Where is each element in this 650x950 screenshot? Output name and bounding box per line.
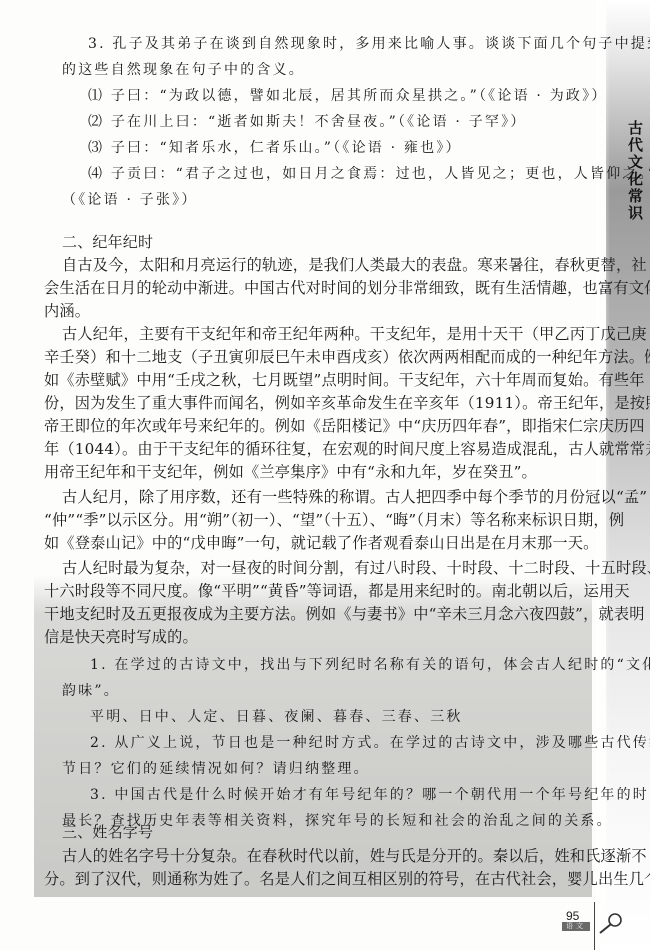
para3-line2: “仲”“季”以示区分。用“朔”（初一）、“望”（十五）、“晦”（月末）等名称来标… (44, 510, 624, 530)
section3-line2: 分。到了汉代，则通称为姓了。名是人们之间互相区别的符号，在古代社会，婴儿出生几个 (44, 869, 650, 889)
para3-line3: 如《登泰山记》中的“戊申晦”一句，就记载了作者观看泰山日出是在月末那一天。 (44, 533, 599, 553)
para4-line2: 十六时段等不同尺度。像“平明”“黄昏”等词语，都是用来纪时的。南北朝以后，运用天 (44, 581, 630, 601)
section3-line1: 古人的姓名字号十分复杂。在春秋时代以前，姓与氏是分开的。秦以后，姓和氏逐渐不 (62, 846, 647, 866)
exercise-item-2: ⑵ 子在川上曰：“逝者如斯夫！不舍昼夜。”（《论语 · 子罕》） (88, 112, 527, 132)
para2-line4: 份，因为发生了重大事件而闻名，例如辛亥革命发生在辛亥年（1911）。帝王纪年，是… (44, 393, 650, 413)
para4-line4: 信是快天亮时写成的。 (44, 627, 198, 647)
magnifier-icon (598, 912, 624, 936)
para1-line2: 会生活在日月的轮动中渐进。中国古代对时间的划分非常细致，既有生活情趣，也富有文化 (44, 278, 650, 298)
para1-line3: 内涵。 (44, 301, 90, 321)
exercise-item-1: ⑴ 子曰：“为政以德，譬如北辰，居其所而众星拱之。”（《论语 · 为政》） (88, 86, 608, 106)
exercise-item-4-source: （《论语 · 子张》） (62, 190, 198, 210)
exercise2-q2-line1: 2. 从广义上说，节日也是一种纪时方式。在学过的古诗文中，涉及哪些古代传统 (90, 733, 650, 753)
para2-line5: 帝王即位的年次或年号来纪年的。例如《岳阳楼记》中“庆历四年春”，即指宋仁宗庆历四 (44, 416, 645, 436)
subject-tag: 语文 (562, 922, 590, 931)
exercise2-q1-terms: 平明、日中、人定、日暮、夜阑、暮春、三春、三秋 (90, 707, 463, 727)
exercise2-q1-line2: 韵味”。 (62, 681, 120, 701)
para2-line1: 古人纪年，主要有干支纪年和帝王纪年两种。干支纪年，是用十天干（甲乙丙丁戊己庚 (62, 324, 647, 344)
footer-divider (594, 902, 595, 950)
para2-line6: 年（1044）。由于干支纪年的循环往复，在宏观的时间尺度上容易造成混乱，古人就常… (44, 439, 650, 459)
para2-line2: 辛壬癸）和十二地支（子丑寅卯辰巳午未申酉戌亥）依次两两相配而成的一种纪年方法。例 (44, 347, 650, 367)
para2-line3: 如《赤壁赋》中用“壬戌之秋，七月既望”点明时间。干支纪年，六十年周而复始。有些年 (44, 370, 645, 390)
exercise2-q1-line1: 1. 在学过的古诗文中，找出与下列纪时名称有关的语句，体会古人纪时的“文化 (90, 655, 650, 675)
exercise2-q2-line2: 节日？它们的延续情况如何？请归纳整理。 (62, 759, 370, 779)
decorative-side-strip: 古代文化常识 (606, 0, 650, 950)
para3-line1: 古人纪月，除了用序数，还有一些特殊的称谓。古人把四季中每个季节的月份冠以“孟” (62, 487, 647, 507)
exercise-q3-line2: 的这些自然现象在句子中的含义。 (62, 60, 305, 80)
exercise2-q3-line1: 3. 中国古代是什么时候开始才有年号纪年的？哪一个朝代用一个年号纪年的时间 (90, 785, 650, 805)
page-number: 95 (566, 909, 579, 923)
exercise-q3-line1: 3. 孔子及其弟子在谈到自然现象时，多用来比喻人事。谈谈下面几个句子中提到 (88, 34, 650, 54)
para2-line7: 用帝王纪年和干支纪年，例如《兰亭集序》中有“永和九年，岁在癸丑”。 (44, 462, 537, 482)
exercise-item-3: ⑶ 子曰：“知者乐水，仁者乐山。”（《论语 · 雍也》） (88, 138, 462, 158)
para4-line1: 古人纪时最为复杂，对一昼夜的时间分割，有过八时段、十时段、十二时段、十五时段、 (62, 558, 650, 578)
exercise-item-4: ⑷ 子贡曰：“君子之过也，如日月之食焉：过也，人皆见之；更也，人皆仰之。” (88, 164, 650, 184)
section-heading-3: 三、姓名字号 (62, 822, 153, 842)
para4-line3: 干地支纪时及五更报夜成为主要方法。例如《与妻书》中“辛未三月念六夜四鼓”，就表明 (44, 604, 645, 624)
section-heading-2: 二、纪年纪时 (62, 232, 153, 252)
para1-line1: 自古及今，太阳和月亮运行的轨迹，是我们人类最大的表盘。寒来暑往，春秋更替，社 (62, 255, 647, 275)
